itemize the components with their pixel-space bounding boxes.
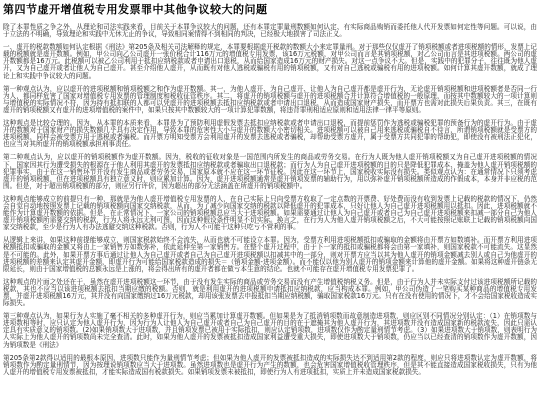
- document-page: 第四节虚开增值税专用发票罪中其他争议较大的问题 除了本罪性质之争之外，从理论和司…: [0, 0, 540, 405]
- body-paragraph-intro: 除了本罪性质之争之外，从理论和司法实践来看，目前关于本罪争议较大的问题，还有本罪…: [3, 24, 537, 38]
- body-paragraph-third-viewpoint: 第三种观点认为，如果行为人实施了毫不相关的多种虚开行为，则应当累加计算虚开数额。…: [3, 313, 537, 348]
- body-paragraph-amount-determination: 一、虚开的税款数额如何认定根据《刑法》第205条及相关司法解释的规定，本罪要根据…: [3, 44, 537, 79]
- section-title: 第四节虚开增值税专用发票罪中其他争议较大的问题: [3, 3, 537, 16]
- body-paragraph-logic-analysis: 从逻辑上来讲，如果这种前提能够成立，则国家税款始终不会流失，从而也就不可能设立本…: [3, 237, 537, 272]
- body-paragraph-second-viewpoint-premise: 这种观点能够成立的前提只有一种，那就是为他人虚开增值税专用发票的人，在自己实际上…: [3, 196, 537, 231]
- body-paragraph-first-viewpoint-comment: 这种观点是比较合理的。因为，从本罪的本质来看，本罪是为了预防利用虚假发票去抵扣应…: [3, 120, 537, 148]
- body-paragraph-one-sidedness: 这种观点的片面之处还在于，虽然在虚开进项税额这一环节，由于没有发生实际的商品或劳…: [3, 279, 537, 307]
- body-paragraph-first-viewpoint: 第一种观点认为，应以虚开的进项税额和销项税额之和作为虚开数额。其一，为他人虚开、…: [3, 86, 537, 114]
- body-paragraph-article-205: 第205条第2款得以适用的最根本原因，进项数只能作为量刑情节考虑；但如果为他人虚…: [3, 355, 537, 376]
- body-paragraph-second-viewpoint: 第二种观点认为，应以虚开的销项税额作为虚开数额。因为，税收的征收对象是一国范围内…: [3, 154, 537, 189]
